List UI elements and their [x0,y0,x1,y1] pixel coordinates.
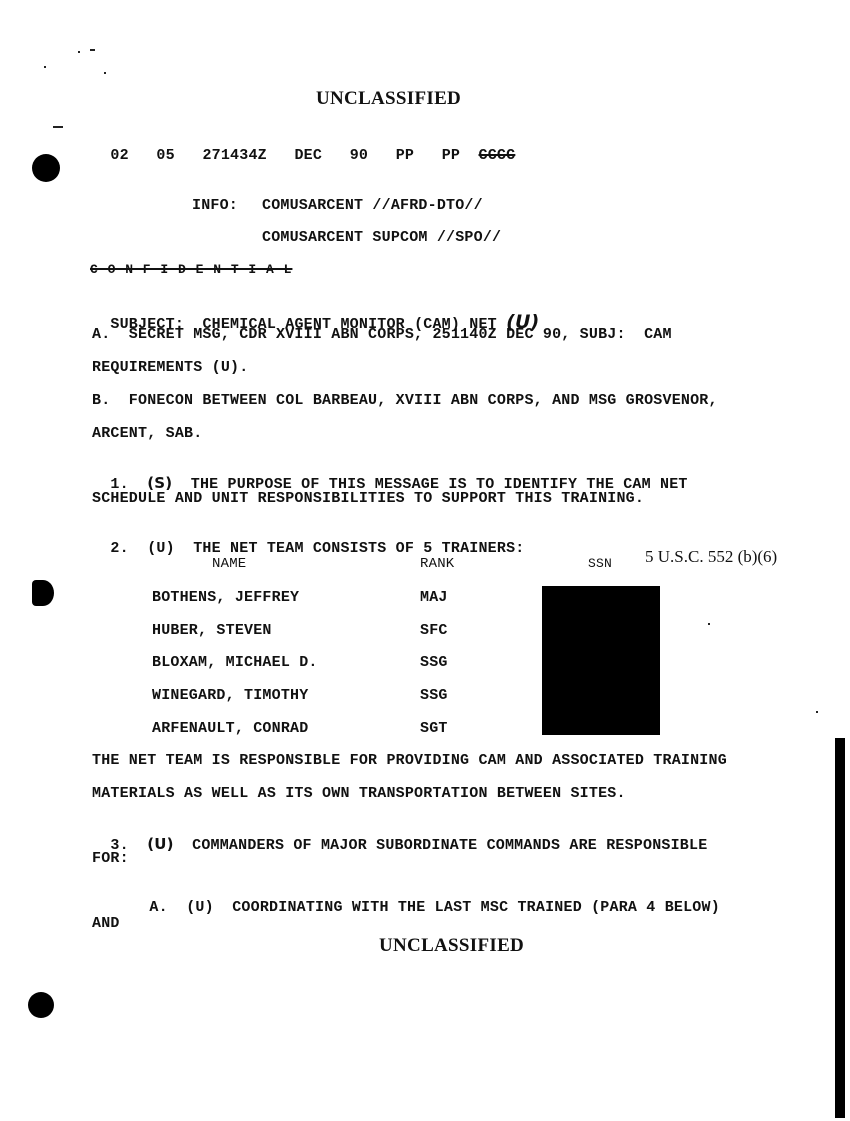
table-row-name: ARFENAULT, CONRAD [152,720,308,737]
punch-hole-top [32,154,60,182]
para3a-line1: A. (U) COORDINATING WITH THE LAST MSC TR… [131,882,720,916]
message-header-line: 02 05 271434Z DEC 90 PP PP CCCC [92,130,515,164]
para2-marking: (U) [147,540,175,557]
scan-speck [104,72,106,74]
info-addressee: COMUSARCENT //AFRD-DTO// [262,197,483,214]
table-row-name: WINEGARD, TIMOTHY [152,687,308,704]
reference-a-line1: A. SECRET MSG, CDR XVIII ABN CORPS, 2511… [92,326,672,343]
para3-line2: FOR: [92,850,129,867]
para3-line1: 3. (U) COMMANDERS OF MAJOR SUBORDINATE C… [92,818,707,854]
table-header-ssn: SSN [588,556,612,571]
punch-hole-middle [32,580,54,606]
table-row-rank: SSG [420,654,448,671]
table-row-name: BLOXAM, MICHAEL D. [152,654,318,671]
table-row-name: BOTHENS, JEFFREY [152,589,299,606]
scan-speck [44,66,46,68]
header-field: 90 [350,147,368,164]
para3-text: COMMANDERS OF MAJOR SUBORDINATE COMMANDS… [192,837,707,854]
scan-speck [90,49,95,51]
reference-a-line2: REQUIREMENTS (U). [92,359,248,376]
table-row-rank: SSG [420,687,448,704]
table-row-rank: SGT [420,720,448,737]
header-field: PP [442,147,460,164]
header-field: DEC [294,147,322,164]
exemption-note: 5 U.S.C. 552 (b)(6) [645,547,777,567]
scan-speck [708,623,710,625]
para1-line2: SCHEDULE AND UNIT RESPONSIBILITIES TO SU… [92,490,644,507]
scan-speck [78,51,80,53]
reference-b-line1: B. FONECON BETWEEN COL BARBEAU, XVIII AB… [92,392,718,409]
header-field: 05 [156,147,174,164]
reference-b-line2: ARCENT, SAB. [92,425,202,442]
scan-edge-bar [835,738,845,1118]
classification-banner-top: UNCLASSIFIED [316,88,461,110]
scan-speck [816,711,818,713]
header-field: 02 [110,147,128,164]
para3a-marking: (U) [186,899,214,916]
ssn-redaction-block [542,586,660,735]
para3a-text: COORDINATING WITH THE LAST MSC TRAINED (… [232,899,720,916]
table-header-rank: RANK [420,556,454,572]
classification-banner-bottom: UNCLASSIFIED [379,935,524,957]
struck-header-text: CCCC [479,147,516,164]
para3-marking: (U) [147,835,174,853]
info-addressee: COMUSARCENT SUPCOM //SPO// [262,229,501,246]
punch-hole-bottom [28,992,54,1018]
net-team-line1: THE NET TEAM IS RESPONSIBLE FOR PROVIDIN… [92,752,727,769]
table-row-rank: MAJ [420,589,448,606]
header-field: PP [396,147,414,164]
struck-classification: C O N F I D E N T I A L [90,262,292,277]
table-row-name: HUBER, STEVEN [152,622,272,639]
para2-line: 2. (U) THE NET TEAM CONSISTS OF 5 TRAINE… [92,523,525,557]
para3a-letter: A. [149,899,167,916]
para2-text: THE NET TEAM CONSISTS OF 5 TRAINERS: [193,540,524,557]
para1-line1: 1. (S) THE PURPOSE OF THIS MESSAGE IS TO… [92,457,688,493]
para2-number: 2. [110,540,128,557]
table-row-rank: SFC [420,622,448,639]
info-label: INFO: [192,197,238,214]
net-team-line2: MATERIALS AS WELL AS ITS OWN TRANSPORTAT… [92,785,626,802]
table-header-name: NAME [212,556,246,572]
scan-speck [53,126,63,128]
para3a-line2: AND [92,915,120,932]
header-field: 271434Z [202,147,266,164]
